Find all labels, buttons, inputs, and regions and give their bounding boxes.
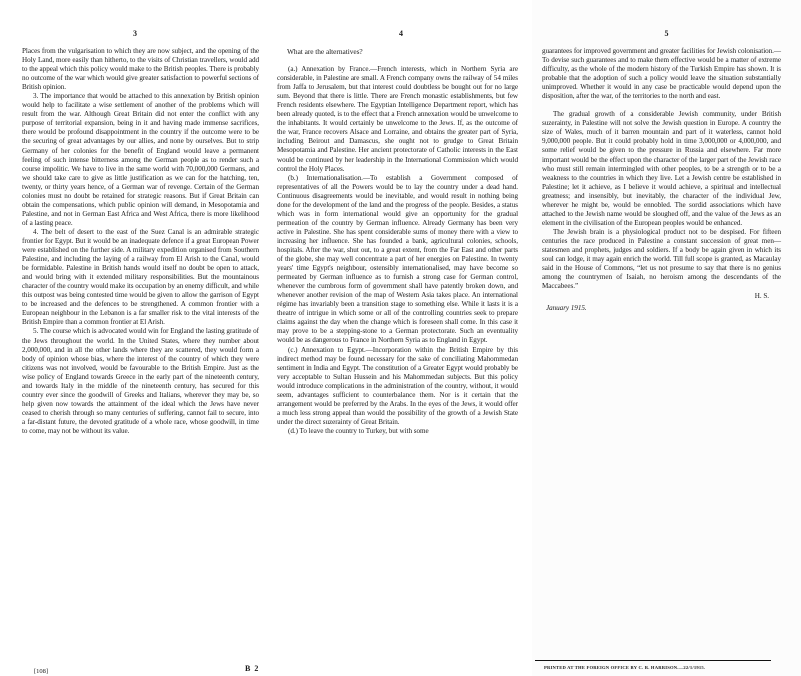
paragraph-4: 4. The belt of desert to the east of the… <box>22 228 259 328</box>
paragraph-b-internationalisation: (b.) Internationalisation.—To establish … <box>277 174 518 346</box>
paragraph: Places from the vulgarisation to which t… <box>22 47 259 92</box>
page-number: 3 <box>0 29 270 38</box>
text-column: What are the alternatives? (a.) Annexati… <box>277 47 518 436</box>
signature-initials: H. S. <box>542 292 781 301</box>
paragraph-jewish-brain: The Jewish brain is a physiological prod… <box>542 228 781 291</box>
paragraph-5: 5. The course which is advocated would w… <box>22 327 259 436</box>
paragraph-a-france: (a.) Annexation by France.—French intere… <box>277 65 518 174</box>
paragraph-jewish-community: The gradual growth of a considerable Jew… <box>542 110 781 228</box>
section-heading: What are the alternatives? <box>277 47 518 56</box>
footer-rule <box>535 660 771 661</box>
signature-mark: B 2 <box>245 664 259 673</box>
paragraph-guarantees: guarantees for improved government and g… <box>542 47 781 101</box>
document-number: [108] <box>34 668 48 675</box>
printer-imprint: PRINTED AT THE FOREIGN OFFICE BY C. R. H… <box>544 665 705 670</box>
page-number: 5 <box>532 29 801 38</box>
paragraph-d-turkey: (d.) To leave the country to Turkey, but… <box>277 427 518 436</box>
page-number: 4 <box>270 29 532 38</box>
paragraph-3: 3. The importance that would be attached… <box>22 92 259 228</box>
page-5: 5 guarantees for improved government and… <box>532 0 801 676</box>
paragraph-c-egypt: (c.) Annexation to Egypt.—Incorporation … <box>277 346 518 427</box>
date-line: January 1915. <box>546 304 781 313</box>
page-3: 3 Places from the vulgarisation to which… <box>0 0 270 676</box>
text-column: Places from the vulgarisation to which t… <box>22 47 259 436</box>
page-4: 4 What are the alternatives? (a.) Annexa… <box>270 0 532 676</box>
text-column: guarantees for improved government and g… <box>542 47 781 313</box>
